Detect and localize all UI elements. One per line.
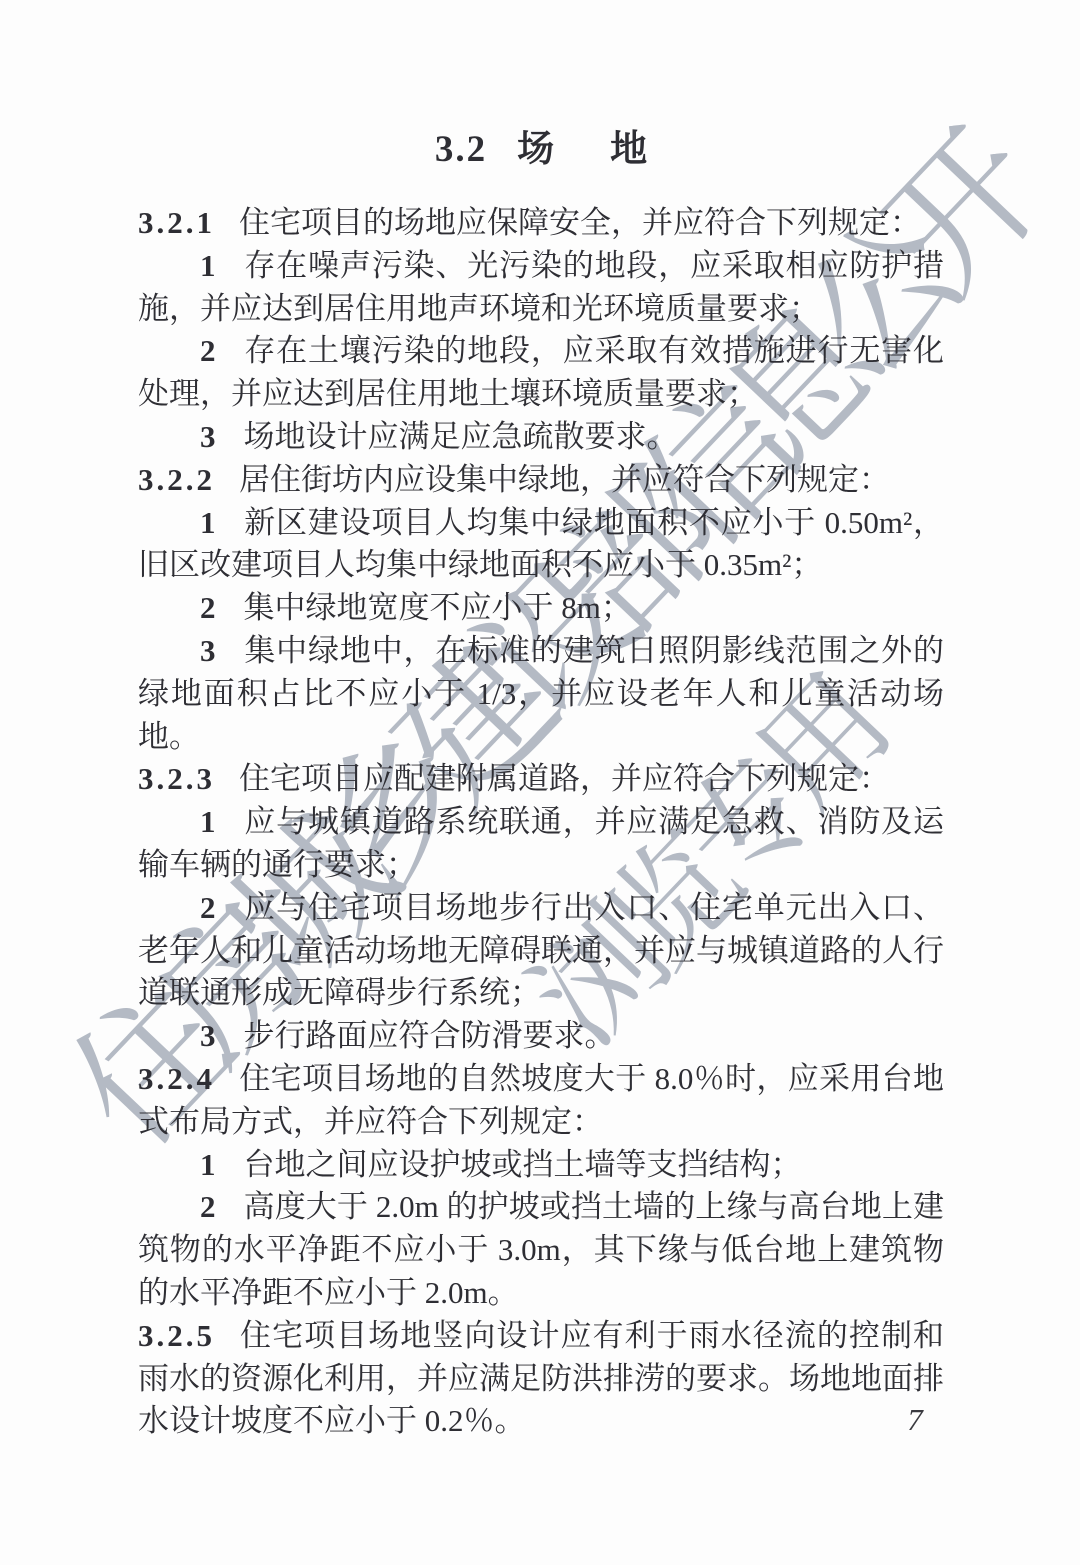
clause-number: 3.2.3 bbox=[138, 761, 215, 796]
paragraph-text: 住宅项目的场地应保障安全，并应符合下列规定： bbox=[239, 205, 921, 240]
clause-list: 3.2.1住宅项目的场地应保障安全，并应符合下列规定：1存在噪声污染、光污染的地… bbox=[138, 202, 944, 1443]
clause-number: 3.2.4 bbox=[138, 1061, 215, 1096]
section-title: 3.2场地 bbox=[138, 126, 944, 174]
item-number: 3 bbox=[200, 1018, 216, 1053]
paragraph-text: 应与城镇道路系统联通，并应满足急救、消防及运输车辆的通行要求； bbox=[138, 804, 944, 882]
section-number: 3.2 bbox=[435, 129, 487, 170]
paragraph-text: 场地设计应满足应急疏散要求。 bbox=[244, 419, 678, 454]
clause-number: 3.2.2 bbox=[138, 462, 215, 497]
sub-item-paragraph: 3集中绿地中，在标准的建筑日照阴影线范围之外的绿地面积占比不应小于 1/3，并应… bbox=[138, 630, 944, 758]
item-number: 1 bbox=[200, 1147, 216, 1182]
clause-paragraph: 3.2.1住宅项目的场地应保障安全，并应符合下列规定： bbox=[138, 202, 944, 245]
sub-item-paragraph: 1台地之间应设护坡或挡土墙等支挡结构； bbox=[138, 1144, 944, 1187]
sub-item-paragraph: 2应与住宅项目场地步行出入口、住宅单元出入口、老年人和儿童活动场地无障碍联通，并… bbox=[138, 887, 944, 1015]
paragraph-text: 集中绿地中，在标准的建筑日照阴影线范围之外的绿地面积占比不应小于 1/3，并应设… bbox=[138, 633, 944, 754]
paragraph-text: 步行路面应符合防滑要求。 bbox=[244, 1018, 616, 1053]
paragraph-text: 居住街坊内应设集中绿地，并应符合下列规定： bbox=[239, 462, 890, 497]
item-number: 3 bbox=[200, 633, 216, 668]
document-page: 住房城乡建设部信息公开 浏览专用 3.2场地 3.2.1住宅项目的场地应保障安全… bbox=[0, 0, 1080, 1565]
clause-paragraph: 3.2.5住宅项目场地竖向设计应有利于雨水径流的控制和雨水的资源化利用，并应满足… bbox=[138, 1315, 944, 1443]
clause-number: 3.2.1 bbox=[138, 205, 215, 240]
page-number: 7 bbox=[893, 1402, 937, 1438]
sub-item-paragraph: 2高度大于 2.0m 的护坡或挡土墙的上缘与高台地上建筑物的水平净距不应小于 3… bbox=[138, 1186, 944, 1314]
paragraph-text: 台地之间应设护坡或挡土墙等支挡结构； bbox=[244, 1147, 802, 1182]
paragraph-text: 高度大于 2.0m 的护坡或挡土墙的上缘与高台地上建筑物的水平净距不应小于 3.… bbox=[138, 1189, 944, 1310]
item-number: 1 bbox=[200, 804, 216, 839]
item-number: 1 bbox=[200, 248, 216, 283]
paragraph-text: 新区建设项目人均集中绿地面积不应小于 0.50m²，旧区改建项目人均集中绿地面积… bbox=[138, 505, 944, 583]
item-number: 2 bbox=[200, 890, 216, 925]
item-number: 2 bbox=[200, 333, 216, 368]
sub-item-paragraph: 3场地设计应满足应急疏散要求。 bbox=[138, 416, 944, 459]
paragraph-text: 存在噪声污染、光污染的地段，应采取相应防护措施，并应达到居住用地声环境和光环境质… bbox=[138, 248, 944, 326]
section-title-word-2: 地 bbox=[610, 129, 647, 170]
paragraph-text: 集中绿地宽度不应小于 8m； bbox=[244, 590, 632, 625]
sub-item-paragraph: 2集中绿地宽度不应小于 8m； bbox=[138, 587, 944, 630]
item-number: 2 bbox=[200, 590, 216, 625]
item-number: 2 bbox=[200, 1189, 216, 1224]
clause-paragraph: 3.2.3住宅项目应配建附属道路，并应符合下列规定： bbox=[138, 758, 944, 801]
section-title-word-1: 场 bbox=[517, 129, 554, 170]
sub-item-paragraph: 2存在土壤污染的地段，应采取有效措施进行无害化处理，并应达到居住用地土壤环境质量… bbox=[138, 330, 944, 416]
paragraph-text: 存在土壤污染的地段，应采取有效措施进行无害化处理，并应达到居住用地土壤环境质量要… bbox=[138, 333, 944, 411]
clause-paragraph: 3.2.4住宅项目场地的自然坡度大于 8.0％时，应采用台地式布局方式，并应符合… bbox=[138, 1058, 944, 1144]
paragraph-text: 住宅项目场地竖向设计应有利于雨水径流的控制和雨水的资源化利用，并应满足防洪排涝的… bbox=[138, 1318, 944, 1439]
sub-item-paragraph: 1应与城镇道路系统联通，并应满足急救、消防及运输车辆的通行要求； bbox=[138, 801, 944, 887]
clause-number: 3.2.5 bbox=[138, 1318, 215, 1353]
clause-paragraph: 3.2.2居住街坊内应设集中绿地，并应符合下列规定： bbox=[138, 459, 944, 502]
paragraph-text: 住宅项目场地的自然坡度大于 8.0％时，应采用台地式布局方式，并应符合下列规定： bbox=[138, 1061, 944, 1139]
paragraph-text: 应与住宅项目场地步行出入口、住宅单元出入口、老年人和儿童活动场地无障碍联通，并应… bbox=[138, 890, 944, 1011]
sub-item-paragraph: 1存在噪声污染、光污染的地段，应采取相应防护措施，并应达到居住用地声环境和光环境… bbox=[138, 245, 944, 331]
item-number: 1 bbox=[200, 505, 216, 540]
sub-item-paragraph: 1新区建设项目人均集中绿地面积不应小于 0.50m²，旧区改建项目人均集中绿地面… bbox=[138, 502, 944, 588]
item-number: 3 bbox=[200, 419, 216, 454]
sub-item-paragraph: 3步行路面应符合防滑要求。 bbox=[138, 1015, 944, 1058]
document-content: 3.2场地 3.2.1住宅项目的场地应保障安全，并应符合下列规定：1存在噪声污染… bbox=[138, 126, 944, 1443]
paragraph-text: 住宅项目应配建附属道路，并应符合下列规定： bbox=[239, 761, 890, 796]
